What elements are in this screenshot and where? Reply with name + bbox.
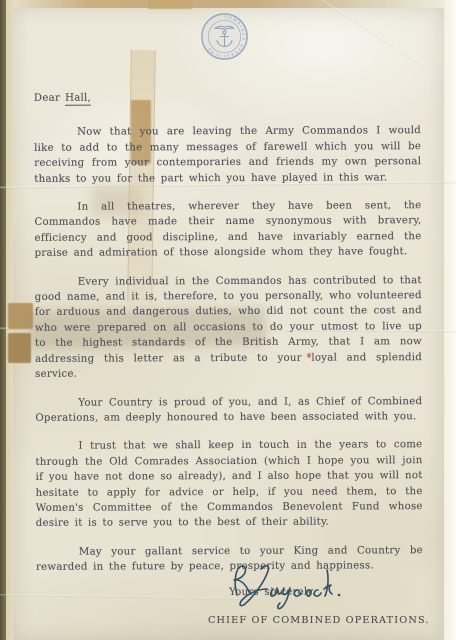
- scanned-letter: COMBINED OPERATIONS DearHall, Now that y…: [0, 0, 456, 640]
- paragraph-2: In all theatres, wherever they have been…: [34, 198, 421, 261]
- salutation-prefix: Dear: [34, 93, 60, 104]
- salutation: DearHall,: [34, 89, 421, 106]
- paragraph-1: Now that you are leaving the Army Comman…: [34, 124, 421, 187]
- paragraph-3: Every individual in the Commandos has co…: [35, 273, 422, 383]
- signature-title: CHIEF OF COMBINED OPERATIONS.: [208, 615, 430, 626]
- signature-handwriting: [222, 558, 357, 614]
- tape-left-lower: [8, 333, 31, 363]
- paragraph-5: I trust that we shall keep in touch in t…: [35, 437, 422, 531]
- combined-operations-seal-icon: COMBINED OPERATIONS: [200, 12, 249, 61]
- scan-edge-right: [444, 0, 456, 640]
- paragraph-4: Your Country is proud of you, and I, as …: [35, 394, 422, 427]
- scan-edge-top: [13, 0, 444, 8]
- tape-top-edge: [148, 0, 192, 9]
- tape-left-upper: [8, 303, 33, 329]
- recipient-name: Hall,: [65, 93, 91, 106]
- letter-text: DearHall, Now that you are leaving the A…: [34, 89, 423, 601]
